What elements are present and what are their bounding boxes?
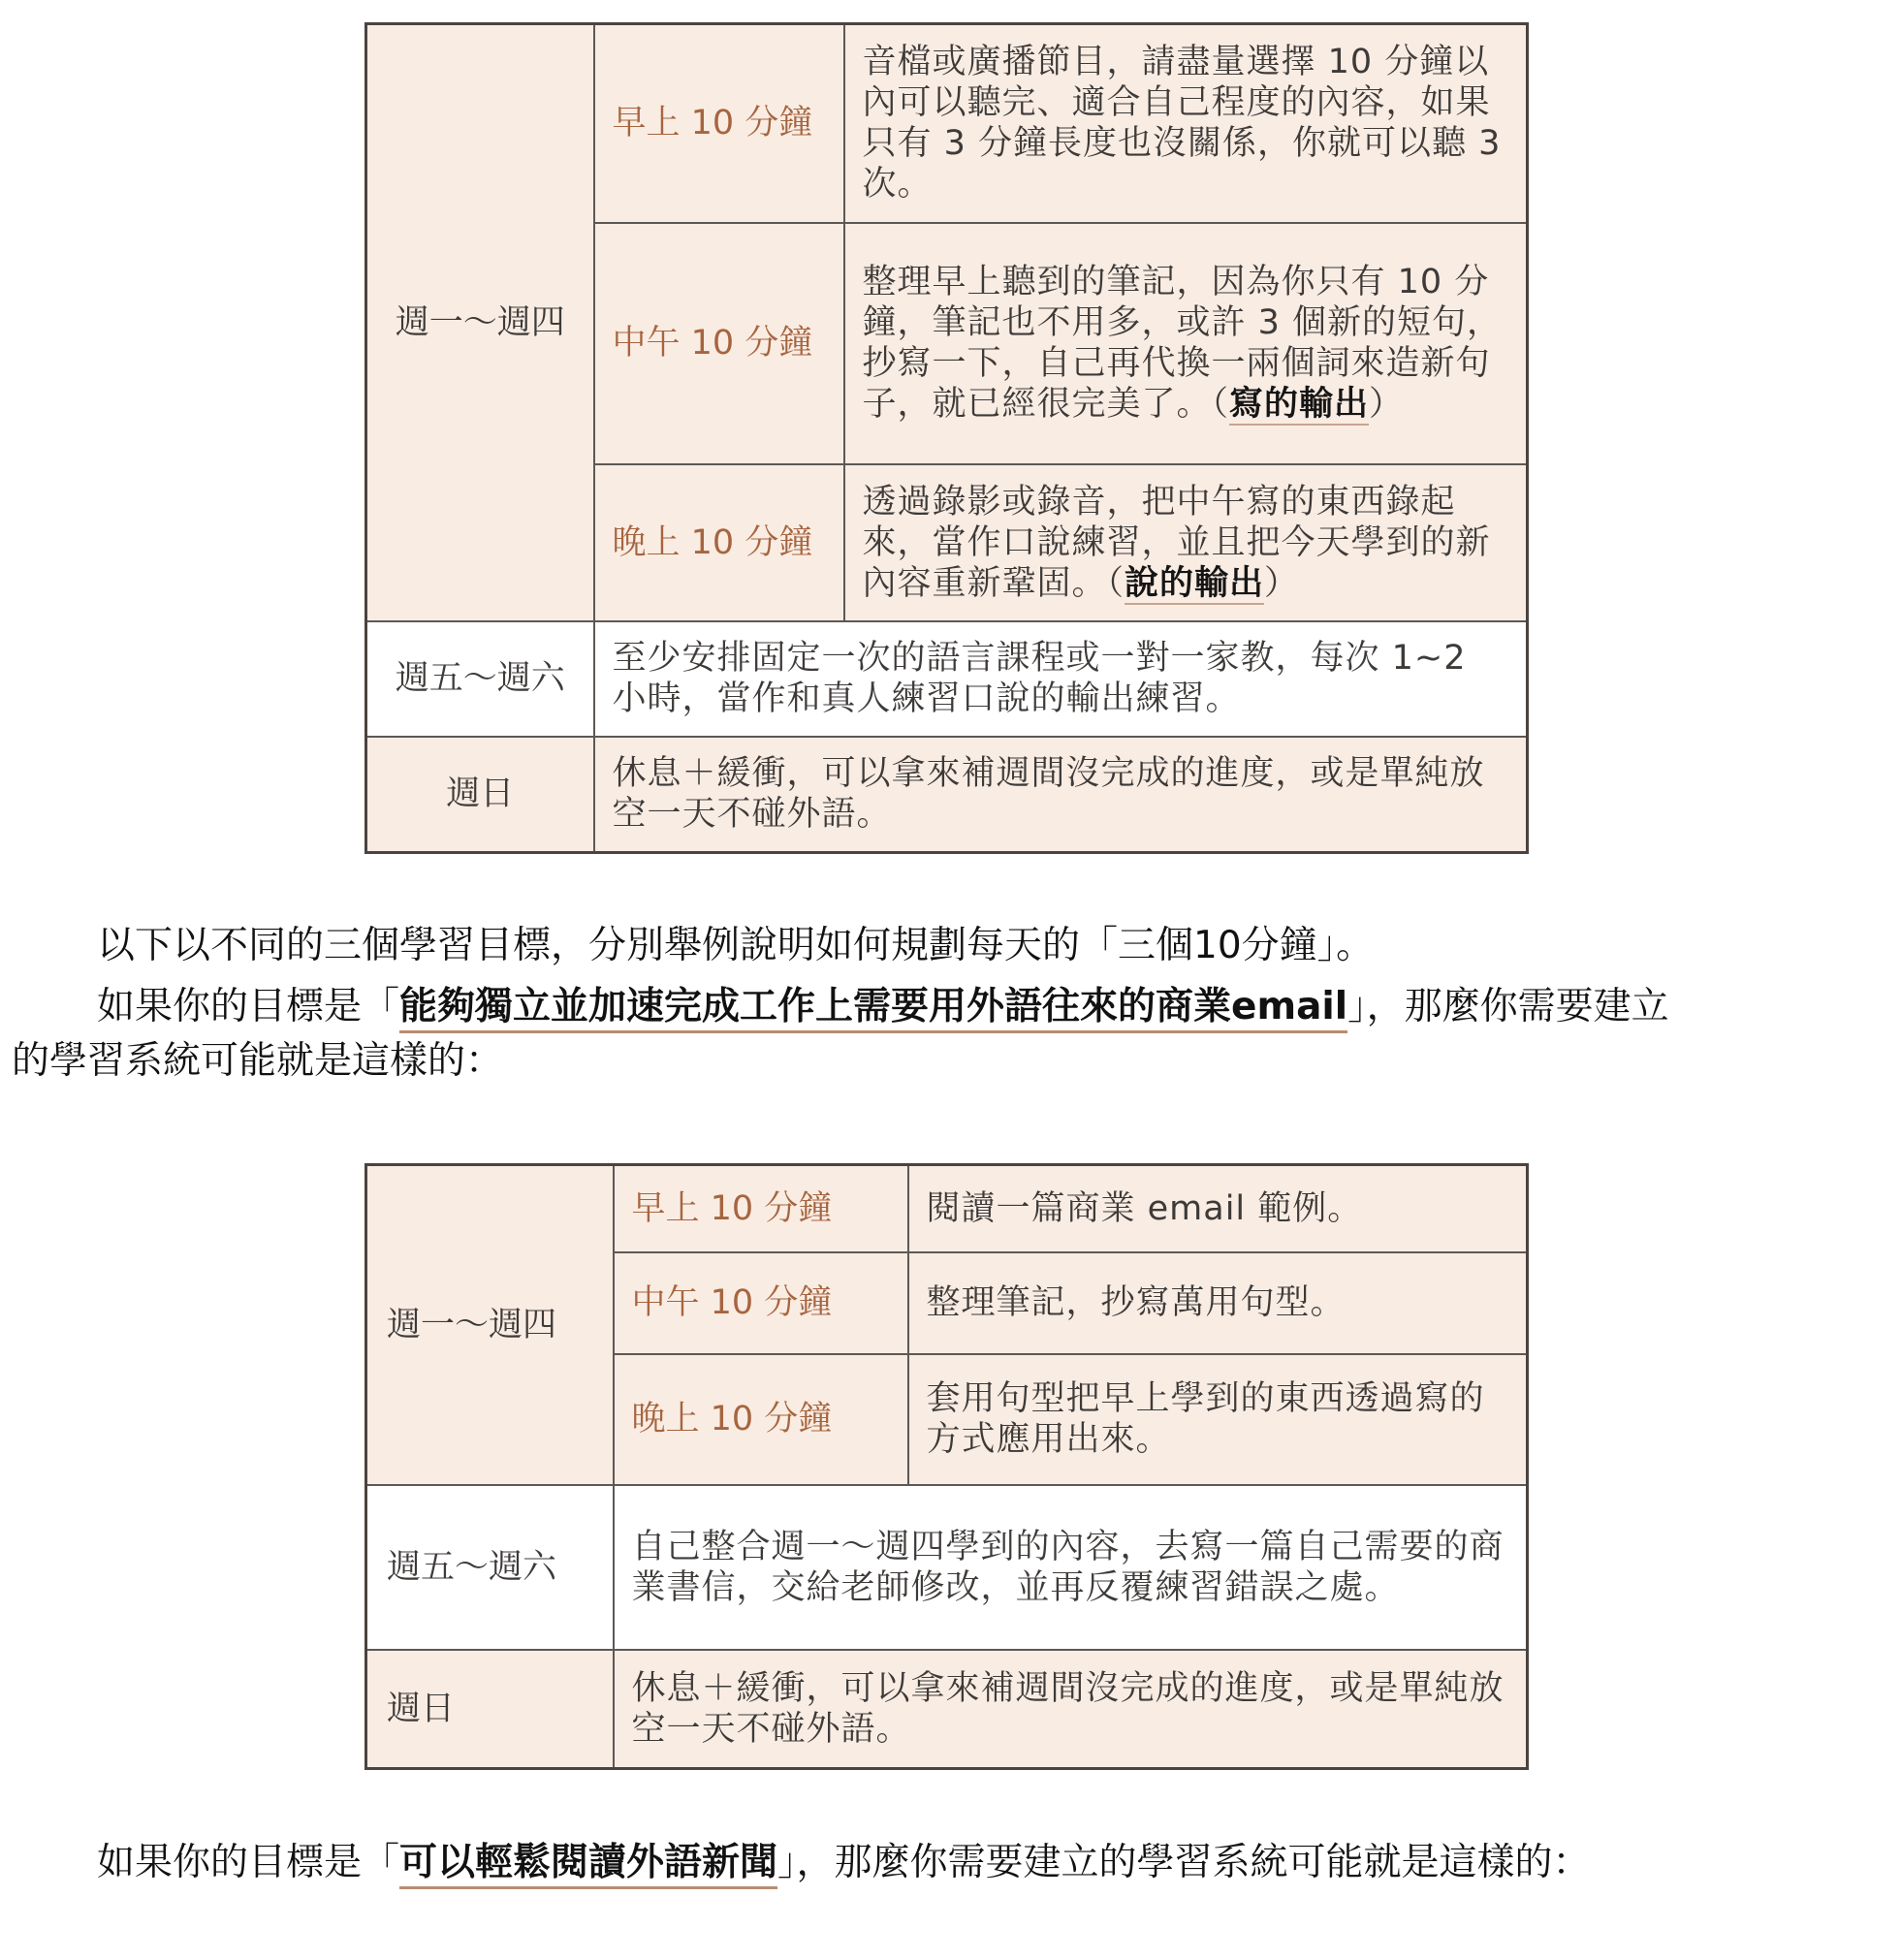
goal1-prefix: 如果你的目標是「 — [97, 985, 399, 1028]
desc-text-end: ） — [1369, 385, 1404, 424]
desc-highlight: 寫的輸出 — [1229, 385, 1369, 426]
goal2-highlight: 可以輕鬆閱讀外語新聞 — [399, 1841, 777, 1889]
desc-text: 整理早上聽到的筆記，因為你只有 10 分鐘，筆記也不用多，或許 3 個新的短句，… — [863, 263, 1503, 424]
desc-cell: 音檔或廣播節目，請盡量選擇 10 分鐘以內可以聽完、適合自己程度的內容，如果只有… — [844, 24, 1528, 223]
goal1-suffix: 」，那麼你需要建立 — [1347, 985, 1669, 1028]
desc-cell: 透過錄影或錄音，把中午寫的東西錄起來，當作口說練習，並且把今天學到的新內容重新鞏… — [844, 464, 1528, 621]
day-cell-sun: 週日 — [366, 1650, 614, 1769]
goal2-suffix: 」，那麼你需要建立的學習系統可能就是這樣的： — [777, 1841, 1591, 1884]
table-row: 週一～週四 早上 10 分鐘 閱讀一篇商業 email 範例。 — [366, 1165, 1528, 1252]
desc-cell: 整理早上聽到的筆記，因為你只有 10 分鐘，筆記也不用多，或許 3 個新的短句，… — [844, 223, 1528, 464]
desc-cell: 自己整合週一～週四學到的內容，去寫一篇自己需要的商業書信，交給老師修改，並再反覆… — [614, 1485, 1528, 1650]
desc-cell: 整理筆記，抄寫萬用句型。 — [908, 1252, 1528, 1354]
day-cell-sun: 週日 — [366, 737, 594, 853]
slot-cell-noon: 中午 10 分鐘 — [614, 1252, 908, 1354]
goal1-highlight: 能夠獨立並加速完成工作上需要用外語往來的商業email — [399, 985, 1347, 1033]
desc-cell: 套用句型把早上學到的東西透過寫的方式應用出來。 — [908, 1354, 1528, 1485]
goal2-prefix: 如果你的目標是「 — [97, 1841, 399, 1884]
desc-cell: 閱讀一篇商業 email 範例。 — [908, 1165, 1528, 1252]
intro-paragraph: 以下以不同的三個學習目標，分別舉例說明如何規劃每天的「三個10分鐘」。 — [0, 919, 1901, 973]
slot-cell-evening: 晚上 10 分鐘 — [594, 464, 844, 621]
schedule-table-business-email: 週一～週四 早上 10 分鐘 閱讀一篇商業 email 範例。 中午 10 分鐘… — [364, 1163, 1529, 1770]
day-cell-mon-thu: 週一～週四 — [366, 1165, 614, 1485]
table-row: 週日 休息＋緩衝，可以拿來補週間沒完成的進度，或是單純放空一天不碰外語。 — [366, 1650, 1528, 1769]
slot-cell-noon: 中午 10 分鐘 — [594, 223, 844, 464]
goal1-line2: 的學習系統可能就是這樣的： — [12, 1034, 1843, 1089]
day-cell-fri-sat: 週五～週六 — [366, 1485, 614, 1650]
schedule-table-general: 週一～週四 早上 10 分鐘 音檔或廣播節目，請盡量選擇 10 分鐘以內可以聽完… — [364, 22, 1529, 854]
goal1-paragraph: 如果你的目標是「能夠獨立並加速完成工作上需要用外語往來的商業email」，那麼你… — [0, 980, 1901, 1089]
slot-cell-morning: 早上 10 分鐘 — [594, 24, 844, 223]
desc-text-end: ） — [1264, 564, 1299, 603]
day-cell-mon-thu: 週一～週四 — [366, 24, 594, 621]
desc-cell: 休息＋緩衝，可以拿來補週間沒完成的進度，或是單純放空一天不碰外語。 — [594, 737, 1528, 853]
table-row: 週五～週六 自己整合週一～週四學到的內容，去寫一篇自己需要的商業書信，交給老師修… — [366, 1485, 1528, 1650]
goal2-paragraph: 如果你的目標是「可以輕鬆閱讀外語新聞」，那麼你需要建立的學習系統可能就是這樣的： — [0, 1836, 1901, 1890]
desc-cell: 至少安排固定一次的語言課程或一對一家教，每次 1~2 小時，當作和真人練習口說的… — [594, 621, 1528, 737]
slot-cell-evening: 晚上 10 分鐘 — [614, 1354, 908, 1485]
table-row: 週五～週六 至少安排固定一次的語言課程或一對一家教，每次 1~2 小時，當作和真… — [366, 621, 1528, 737]
desc-highlight: 說的輸出 — [1125, 564, 1264, 605]
table-row: 週一～週四 早上 10 分鐘 音檔或廣播節目，請盡量選擇 10 分鐘以內可以聽完… — [366, 24, 1528, 223]
desc-cell: 休息＋緩衝，可以拿來補週間沒完成的進度，或是單純放空一天不碰外語。 — [614, 1650, 1528, 1769]
day-cell-fri-sat: 週五～週六 — [366, 621, 594, 737]
slot-cell-morning: 早上 10 分鐘 — [614, 1165, 908, 1252]
table-row: 週日 休息＋緩衝，可以拿來補週間沒完成的進度，或是單純放空一天不碰外語。 — [366, 737, 1528, 853]
